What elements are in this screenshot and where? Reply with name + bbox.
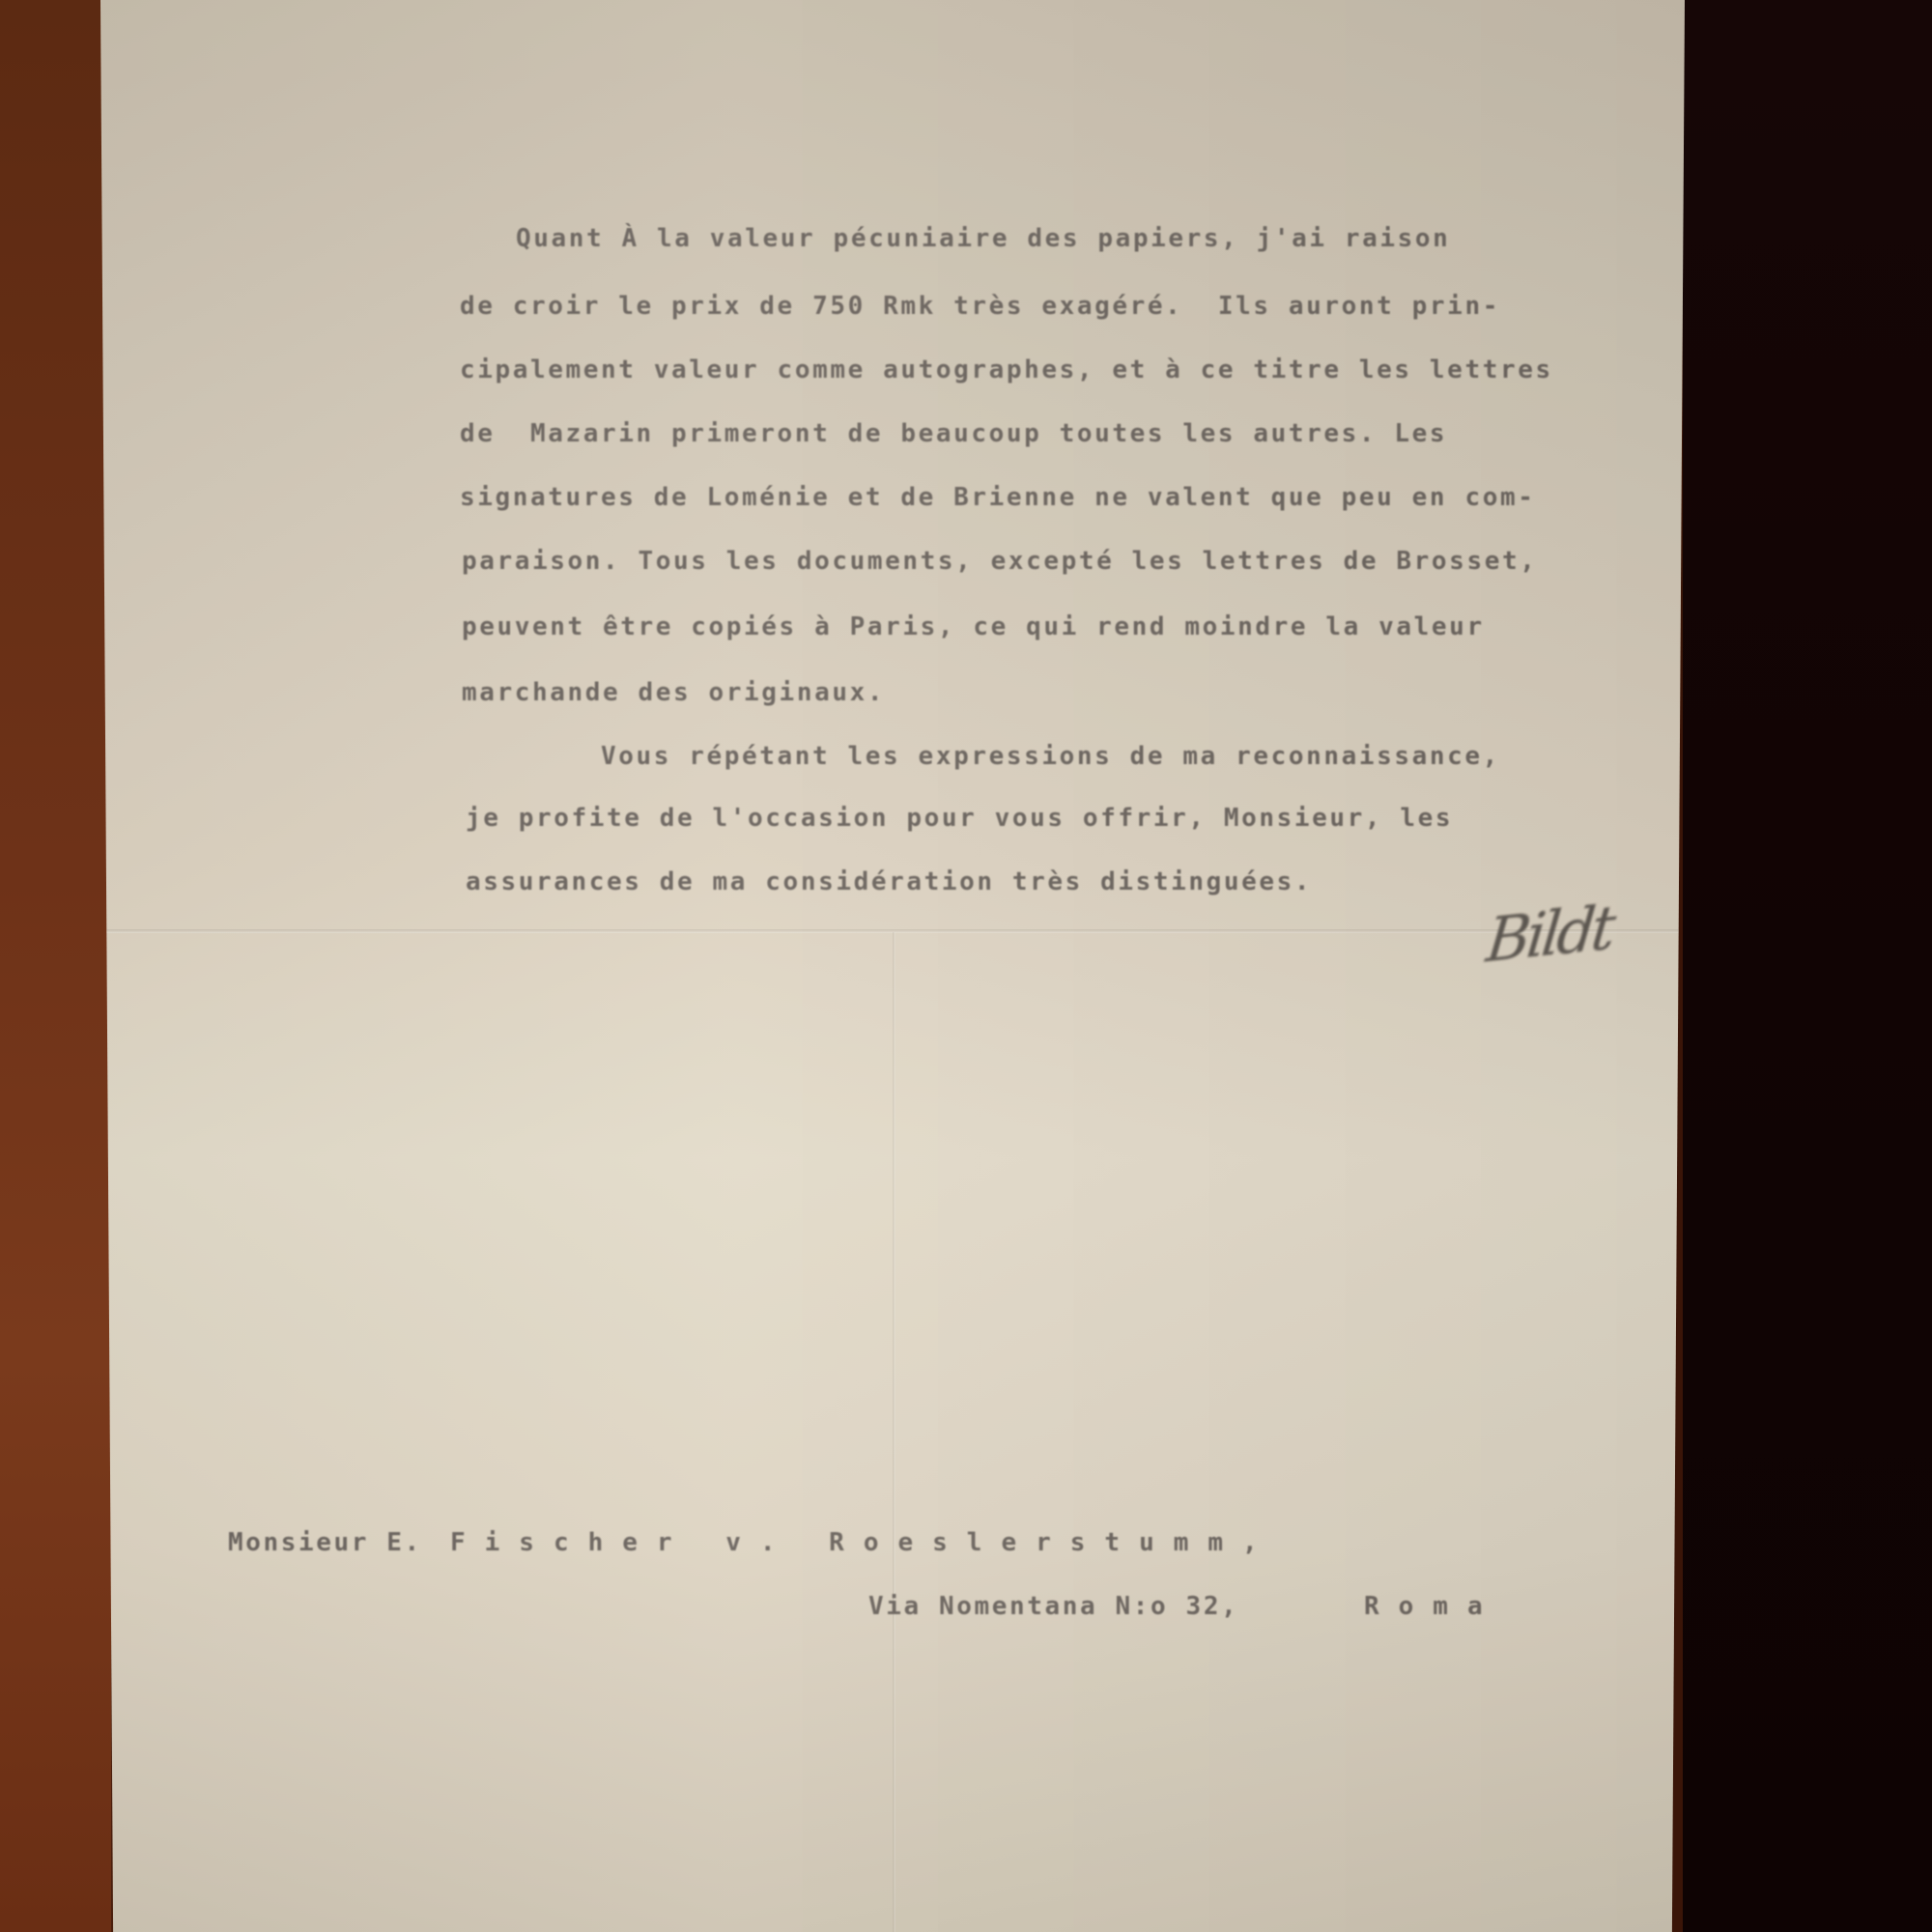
body-line-1: Quant À la valeur pécuniaire des papiers…: [516, 224, 1450, 253]
body-line-3: cipalement valeur comme autographes, et …: [460, 355, 1553, 384]
handwritten-signature: Bildt: [1483, 892, 1615, 977]
address-city: Roma: [1364, 1592, 1502, 1621]
address-salutation: Monsieur E.: [228, 1528, 422, 1557]
body-line-5: signatures de Loménie et de Brienne ne v…: [460, 483, 1535, 512]
address-name: Fischer v. Roeslerstumm,: [450, 1528, 1277, 1557]
wooden-desk-left: [0, 0, 111, 1932]
closing-line-2: je profite de l'occasion pour vous offri…: [466, 804, 1453, 833]
body-line-6: paraison. Tous les documents, excepté le…: [462, 547, 1537, 576]
letter-paper: Quant À la valeur pécuniaire des papiers…: [100, 0, 1685, 1932]
closing-line-3: assurances de ma considération très dist…: [466, 867, 1312, 896]
recipient-address: Monsieur E. Fischer v. Roeslerstumm, Via…: [100, 0, 171, 174]
body-line-7: peuvent être copiés à Paris, ce qui rend…: [462, 612, 1485, 641]
address-street: Via Nomentana N:o 32,: [868, 1592, 1238, 1621]
body-line-4: de Mazarin primeront de beaucoup toutes …: [460, 419, 1447, 448]
closing-line-1: Vous répétant les expressions de ma reco…: [601, 742, 1500, 771]
vertical-fold-line: [893, 932, 895, 1932]
dark-background-right: [1683, 0, 1932, 1932]
body-line-8: marchande des originaux.: [462, 678, 885, 707]
body-line-2: de croir le prix de 750 Rmk très exagéré…: [460, 292, 1500, 321]
